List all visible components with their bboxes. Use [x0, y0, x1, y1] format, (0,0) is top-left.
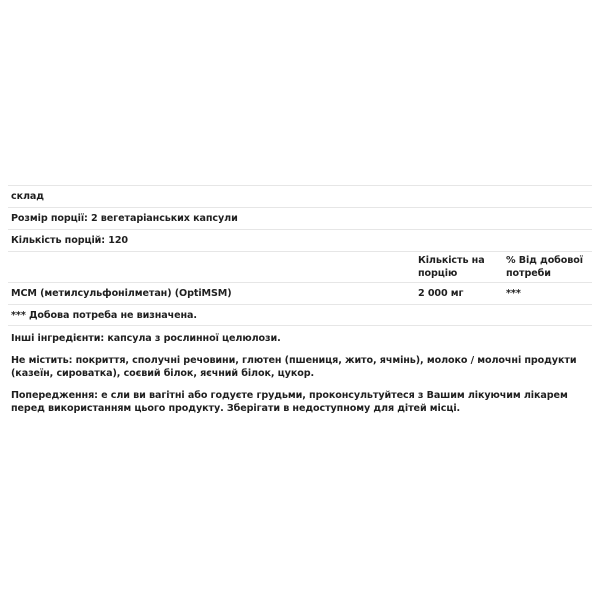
serving-size-row: Розмір порції: 2 вегетаріанських капсули — [8, 207, 592, 229]
warning: Попередження: е сли ви вагітні або годує… — [8, 389, 592, 416]
header-daily-value: % Від добової потреби — [506, 254, 586, 280]
serving-size-text: Розмір порції: 2 вегетаріанських капсули — [11, 212, 238, 225]
servings-count-row: Кількість порцій: 120 — [8, 229, 592, 251]
section-title-text: склад — [11, 190, 44, 203]
other-ingredients: Інші інгредієнти: капсула з рослинної це… — [8, 332, 592, 346]
ingredient-name: МСМ (метилсульфонілметан) (OptiMSM) — [11, 287, 418, 300]
table-footnote: *** Добова потреба не визначена. — [8, 304, 592, 326]
ingredient-daily-value: *** — [506, 287, 586, 300]
table-row: МСМ (метилсульфонілметан) (OptiMSM) 2 00… — [8, 282, 592, 304]
supplement-facts: склад Розмір порції: 2 вегетаріанських к… — [8, 185, 592, 416]
servings-count-text: Кількість порцій: 120 — [11, 234, 128, 247]
footnote-text: *** Добова потреба не визначена. — [11, 309, 197, 322]
table-header: Кількість на порцію % Від добової потреб… — [8, 251, 592, 282]
section-title: склад — [8, 185, 592, 207]
ingredient-amount: 2 000 мг — [418, 287, 506, 300]
header-amount: Кількість на порцію — [418, 254, 506, 280]
free-from: Не містить: покриття, сполучні речовини,… — [8, 354, 592, 381]
